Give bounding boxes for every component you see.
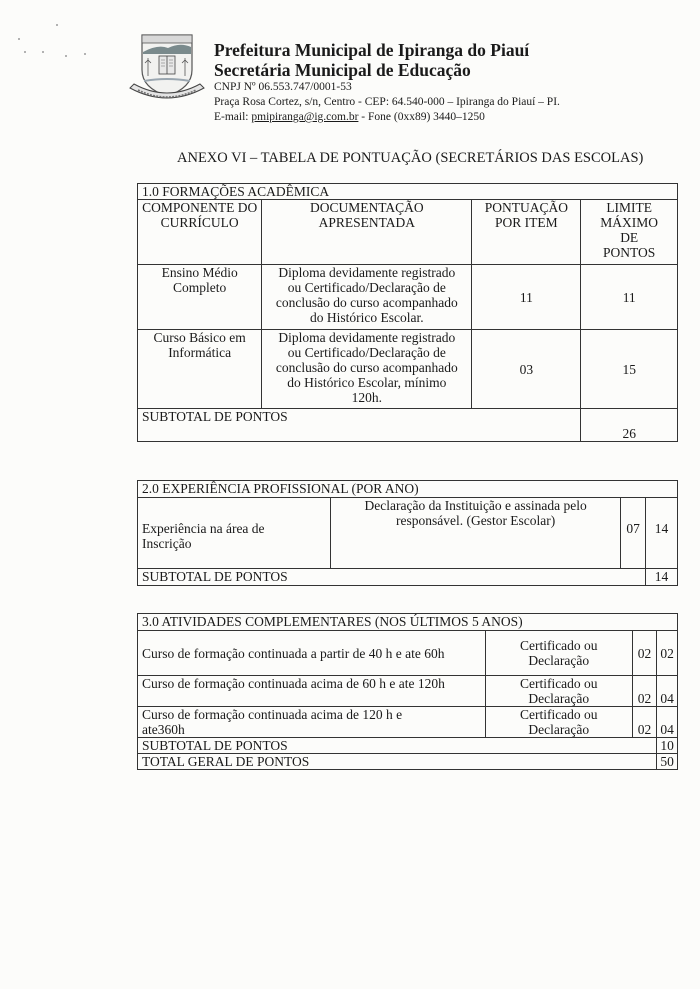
points-per-item-cell: 02 xyxy=(632,631,657,676)
max-points-cell: 04 xyxy=(657,707,678,738)
scan-speck xyxy=(42,51,44,53)
max-points-cell: 11 xyxy=(581,265,678,330)
total-row: TOTAL GERAL DE PONTOS 50 xyxy=(138,754,678,770)
subtotal-label: SUBTOTAL DE PONTOS xyxy=(138,738,657,754)
col-header-max-points: LIMITE MÁXIMO DE PONTOS xyxy=(581,200,678,265)
municipality-name: Prefeitura Municipal de Ipiranga do Piau… xyxy=(214,40,560,60)
academic-formation-table: 1.0 FORMAÇÕES ACADÊMICA COMPONENTE DO CU… xyxy=(137,183,678,442)
professional-experience-table: 2.0 EXPERIÊNCIA PROFISSIONAL (POR ANO) E… xyxy=(137,480,678,586)
col-header-documentation: DOCUMENTAÇÃO APRESENTADA xyxy=(262,200,472,265)
documentation-cell: Certificado ou Declaração xyxy=(485,631,632,676)
component-cell: Curso de formação continuada acima de 12… xyxy=(138,707,486,738)
table-row: Ensino Médio Completo Diploma devidament… xyxy=(138,265,678,330)
email-label: E-mail: xyxy=(214,111,251,123)
component-cell: Experiência na área de Inscrição xyxy=(138,498,331,569)
scan-speck xyxy=(65,55,67,57)
subtotal-row: SUBTOTAL DE PONTOS 10 xyxy=(138,738,678,754)
component-cell: Ensino Médio Completo xyxy=(138,265,262,330)
max-points-cell: 14 xyxy=(645,498,677,569)
table-row: Curso Básico em Informática Diploma devi… xyxy=(138,330,678,409)
table-row: Experiência na área de Inscrição Declara… xyxy=(138,498,678,569)
table-row: Curso de formação continuada acima de 60… xyxy=(138,676,678,707)
address: Praça Rosa Cortez, s/n, Centro - CEP: 64… xyxy=(214,95,560,110)
points-per-item-cell: 03 xyxy=(472,330,581,409)
col-header-component: COMPONENTE DO CURRÍCULO xyxy=(138,200,262,265)
total-value: 50 xyxy=(657,754,678,770)
subtotal-label: SUBTOTAL DE PONTOS xyxy=(138,569,646,586)
documentation-cell: Certificado ou Declaração xyxy=(485,676,632,707)
subtotal-row: SUBTOTAL DE PONTOS 26 xyxy=(138,409,678,442)
component-cell: Curso Básico em Informática xyxy=(138,330,262,409)
scan-speck xyxy=(24,51,26,53)
contact-line: E-mail: pmipiranga@ig.com.br - Fone (0xx… xyxy=(214,110,560,125)
points-per-item-cell: 11 xyxy=(472,265,581,330)
municipal-crest-icon xyxy=(128,32,206,104)
points-per-item-cell: 02 xyxy=(632,707,657,738)
component-cell: Curso de formação continuada acima de 60… xyxy=(138,676,486,707)
table-row: Curso de formação continuada a partir de… xyxy=(138,631,678,676)
scan-speck xyxy=(56,24,58,26)
section-header: 3.0 ATIVIDADES COMPLEMENTARES (NOS ÚLTIM… xyxy=(138,614,678,631)
cnpj: CNPJ Nº 06.553.747/0001-53 xyxy=(214,80,560,95)
col-header-points-per-item: PONTUAÇÃO POR ITEM xyxy=(472,200,581,265)
section-header: 2.0 EXPERIÊNCIA PROFISSIONAL (POR ANO) xyxy=(138,481,678,498)
subtotal-row: SUBTOTAL DE PONTOS 14 xyxy=(138,569,678,586)
points-per-item-cell: 02 xyxy=(632,676,657,707)
total-label: TOTAL GERAL DE PONTOS xyxy=(138,754,657,770)
subtotal-value: 10 xyxy=(657,738,678,754)
complementary-activities-table: 3.0 ATIVIDADES COMPLEMENTARES (NOS ÚLTIM… xyxy=(137,613,678,770)
component-cell: Curso de formação continuada a partir de… xyxy=(138,631,486,676)
document-title: ANEXO VI – TABELA DE PONTUAÇÃO (SECRETÁR… xyxy=(177,150,643,167)
max-points-cell: 15 xyxy=(581,330,678,409)
documentation-cell: Diploma devidamente registrado ou Certif… xyxy=(262,265,472,330)
subtotal-value: 26 xyxy=(581,409,678,442)
subtotal-label: SUBTOTAL DE PONTOS xyxy=(138,409,581,442)
section-header: 1.0 FORMAÇÕES ACADÊMICA xyxy=(138,184,678,200)
max-points-cell: 04 xyxy=(657,676,678,707)
letterhead: Prefeitura Municipal de Ipiranga do Piau… xyxy=(214,40,560,125)
table-header-row: COMPONENTE DO CURRÍCULO DOCUMENTAÇÃO APR… xyxy=(138,200,678,265)
email-link[interactable]: pmipiranga@ig.com.br xyxy=(251,111,358,123)
documentation-cell: Certificado ou Declaração xyxy=(485,707,632,738)
documentation-cell: Diploma devidamente registrado ou Certif… xyxy=(262,330,472,409)
scan-speck xyxy=(84,53,86,55)
max-points-cell: 02 xyxy=(657,631,678,676)
documentation-cell: Declaração da Instituição e assinada pel… xyxy=(331,498,621,569)
phone: - Fone (0xx89) 3440–1250 xyxy=(358,111,485,123)
table-row: Curso de formação continuada acima de 12… xyxy=(138,707,678,738)
scan-speck xyxy=(18,38,20,40)
department-name: Secretária Municipal de Educação xyxy=(214,60,560,80)
subtotal-value: 14 xyxy=(645,569,677,586)
points-per-item-cell: 07 xyxy=(621,498,646,569)
